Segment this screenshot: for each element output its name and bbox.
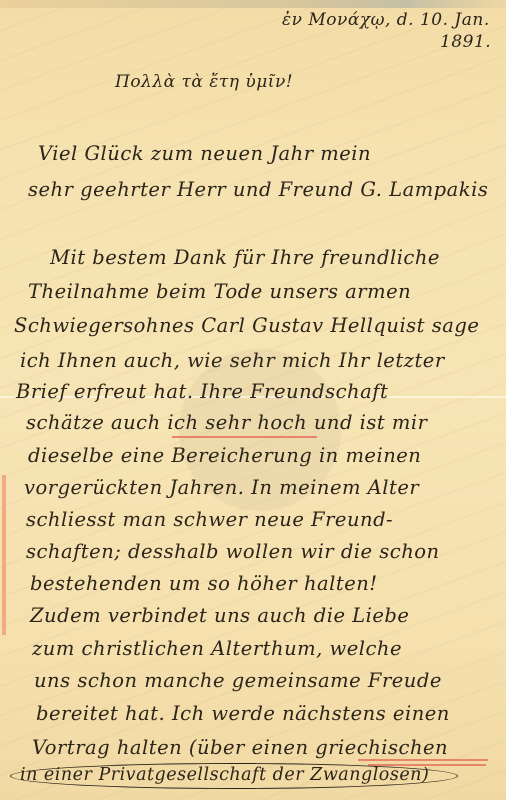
year: 1891. bbox=[440, 32, 491, 52]
margin-red-mark bbox=[2, 475, 6, 635]
body-line: zum christlichen Alterthum, welche bbox=[32, 637, 402, 660]
red-underline-1 bbox=[172, 436, 317, 438]
body-line: Brief erfreut hat. Ihre Freundschaft bbox=[16, 380, 388, 403]
scan-top-edge bbox=[0, 0, 506, 8]
red-underline-2 bbox=[358, 759, 488, 761]
letter-page: ἐν Μονάχῳ, d. 10. Jan. 1891. Πολλὰ τὰ ἔτ… bbox=[0, 0, 506, 800]
body-line: schliesst man schwer neue Freund- bbox=[26, 508, 393, 531]
body-line: ich Ihnen auch, wie sehr mich Ihr letzte… bbox=[20, 349, 445, 372]
greek-greeting: Πολλὰ τὰ ἔτη ὑμῖν! bbox=[115, 72, 293, 92]
body-line: Theilnahme beim Tode unsers armen bbox=[28, 280, 411, 303]
salutation-line: sehr geehrter Herr und Freund G. Lampaki… bbox=[28, 178, 488, 201]
body-line: uns schon manche gemeinsame Freude bbox=[34, 669, 442, 692]
body-line: Zudem verbindet uns auch die Liebe bbox=[30, 604, 409, 627]
body-line: bestehenden um so höher halten! bbox=[30, 572, 378, 595]
body-line: bereitet hat. Ich werde nächstens einen bbox=[36, 702, 450, 725]
body-line: in einer Privatgesellschaft der Zwanglos… bbox=[20, 765, 429, 785]
body-line: dieselbe eine Bereicherung in meinen bbox=[28, 444, 421, 467]
body-line: vorgerückten Jahren. In meinem Alter bbox=[24, 476, 419, 499]
salutation-line: Viel Glück zum neuen Jahr mein bbox=[38, 142, 371, 165]
scan-border bbox=[506, 0, 515, 800]
body-line: Schwiegersohnes Carl Gustav Hellquist sa… bbox=[14, 314, 479, 337]
body-line: schaften; desshalb wollen wir die schon bbox=[26, 540, 440, 563]
body-line: Mit bestem Dank für Ihre freundliche bbox=[50, 246, 440, 269]
body-line: schätze auch ich sehr hoch und ist mir bbox=[26, 411, 427, 434]
body-line: Vortrag halten (über einen griechischen bbox=[32, 736, 448, 759]
place-date: ἐν Μονάχῳ, d. 10. Jan. bbox=[282, 10, 490, 30]
